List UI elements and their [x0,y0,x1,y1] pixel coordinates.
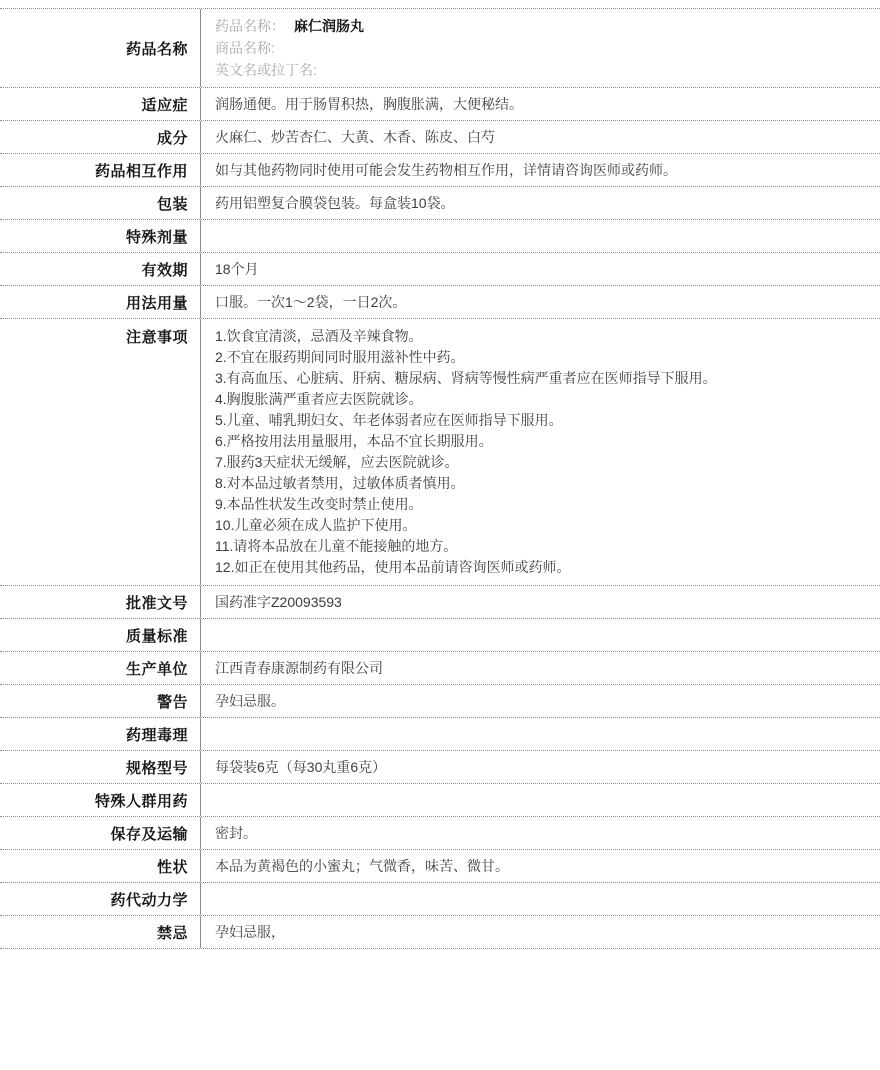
table-row-special-dosage: 特殊剂量 [0,220,880,253]
table-row-special-populations: 特殊人群用药 [0,784,880,817]
row-label-contraindications: 禁忌 [0,916,200,948]
table-row-pharmacology-toxicology: 药理毒理 [0,718,880,751]
row-value-special-populations [200,784,880,816]
table-row-packaging: 包装药用铝塑复合膜袋包装。每盒装10袋。 [0,187,880,220]
row-value-packaging: 药用铝塑复合膜袋包装。每盒装10袋。 [200,187,880,219]
table-row-precautions: 注意事项1.饮食宜清淡，忌酒及辛辣食物。2.不宜在服药期间同时服用滋补性中药。3… [0,319,880,586]
name-line-0: 药品名称：麻仁润肠丸 [215,15,870,37]
table-row-quality-standard: 质量标准 [0,619,880,652]
table-row-contraindications: 禁忌孕妇忌服， [0,916,880,949]
field-prefix: 英文名或拉丁名: [215,62,317,78]
table-row-approval-number: 批准文号国药准字Z20093593 [0,586,880,619]
name-line-2: 英文名或拉丁名: [215,59,870,81]
table-row-specification: 规格型号每袋装6克（每30丸重6克） [0,751,880,784]
row-label-approval-number: 批准文号 [0,586,200,618]
row-label-pharmacology-toxicology: 药理毒理 [0,718,200,750]
row-label-quality-standard: 质量标准 [0,619,200,651]
row-value-drug-interactions: 如与其他药物同时使用可能会发生药物相互作用，详情请咨询医师或药师。 [200,154,880,186]
row-label-packaging: 包装 [0,187,200,219]
row-label-storage-transport: 保存及运输 [0,817,200,849]
precaution-item-2: 2.不宜在服药期间同时服用滋补性中药。 [215,347,870,368]
row-value-approval-number: 国药准字Z20093593 [200,586,880,618]
value-text: 密封。 [215,824,870,842]
row-label-pharmacokinetics: 药代动力学 [0,883,200,915]
value-text: 孕妇忌服， [215,923,870,941]
row-label-shelf-life: 有效期 [0,253,200,285]
value-text: 江西青春康源制药有限公司 [215,659,870,677]
field-prefix: 药品名称： [215,18,285,34]
row-label-drug-name: 药品名称 [0,9,200,87]
row-label-special-dosage: 特殊剂量 [0,220,200,252]
table-row-drug-interactions: 药品相互作用如与其他药物同时使用可能会发生药物相互作用，详情请咨询医师或药师。 [0,154,880,187]
row-value-quality-standard [200,619,880,651]
row-label-indications: 适应症 [0,88,200,120]
precaution-item-1: 1.饮食宜清淡，忌酒及辛辣食物。 [215,326,870,347]
value-text: 国药准字Z20093593 [215,593,870,611]
precaution-item-12: 12.如正在使用其他药品，使用本品前请咨询医师或药师。 [215,557,870,578]
precaution-item-8: 8.对本品过敏者禁用，过敏体质者慎用。 [215,473,870,494]
table-row-description: 性状本品为黄褐色的小蜜丸；气微香，味苦、微甘。 [0,850,880,883]
precaution-item-10: 10.儿童必须在成人监护下使用。 [215,515,870,536]
table-row-dosage-usage: 用法用量口服。一次1～2袋，一日2次。 [0,286,880,319]
name-line-1: 商品名称: [215,37,870,59]
row-label-description: 性状 [0,850,200,882]
table-row-warning: 警告孕妇忌服。 [0,685,880,718]
table-row-shelf-life: 有效期18个月 [0,253,880,286]
field-prefix: 商品名称: [215,40,275,56]
table-row-indications: 适应症润肠通便。用于肠胃积热，胸腹胀满，大便秘结。 [0,88,880,121]
value-text: 火麻仁、炒苦杏仁、大黄、木香、陈皮、白芍 [215,128,870,146]
row-value-description: 本品为黄褐色的小蜜丸；气微香，味苦、微甘。 [200,850,880,882]
table-row-manufacturer: 生产单位江西青春康源制药有限公司 [0,652,880,685]
row-value-special-dosage [200,220,880,252]
row-label-special-populations: 特殊人群用药 [0,784,200,816]
precaution-item-7: 7.服药3天症状无缓解，应去医院就诊。 [215,452,870,473]
table-row-drug-name: 药品名称药品名称：麻仁润肠丸商品名称:英文名或拉丁名: [0,9,880,88]
row-label-specification: 规格型号 [0,751,200,783]
row-label-ingredients: 成分 [0,121,200,153]
row-value-warning: 孕妇忌服。 [200,685,880,717]
value-text: 药用铝塑复合膜袋包装。每盒装10袋。 [215,194,870,212]
row-value-indications: 润肠通便。用于肠胃积热，胸腹胀满，大便秘结。 [200,88,880,120]
precaution-item-3: 3.有高血压、心脏病、肝病、糖尿病、肾病等慢性病严重者应在医师指导下服用。 [215,368,870,389]
row-label-precautions: 注意事项 [0,319,200,585]
row-value-precautions: 1.饮食宜清淡，忌酒及辛辣食物。2.不宜在服药期间同时服用滋补性中药。3.有高血… [200,319,880,585]
table-row-storage-transport: 保存及运输密封。 [0,817,880,850]
row-label-warning: 警告 [0,685,200,717]
row-value-ingredients: 火麻仁、炒苦杏仁、大黄、木香、陈皮、白芍 [200,121,880,153]
row-value-contraindications: 孕妇忌服， [200,916,880,948]
row-label-manufacturer: 生产单位 [0,652,200,684]
row-label-dosage-usage: 用法用量 [0,286,200,318]
row-value-specification: 每袋装6克（每30丸重6克） [200,751,880,783]
value-text: 口服。一次1～2袋，一日2次。 [215,293,870,311]
table-row-pharmacokinetics: 药代动力学 [0,883,880,916]
value-text: 每袋装6克（每30丸重6克） [215,758,870,776]
row-value-manufacturer: 江西青春康源制药有限公司 [200,652,880,684]
drug-info-table: 药品名称药品名称：麻仁润肠丸商品名称:英文名或拉丁名:适应症润肠通便。用于肠胃积… [0,8,880,949]
table-row-ingredients: 成分火麻仁、炒苦杏仁、大黄、木香、陈皮、白芍 [0,121,880,154]
value-text: 孕妇忌服。 [215,692,870,710]
row-label-drug-interactions: 药品相互作用 [0,154,200,186]
row-value-pharmacokinetics [200,883,880,915]
value-text: 如与其他药物同时使用可能会发生药物相互作用，详情请咨询医师或药师。 [215,161,870,179]
precaution-item-5: 5.儿童、哺乳期妇女、年老体弱者应在医师指导下服用。 [215,410,870,431]
precaution-item-9: 9.本品性状发生改变时禁止使用。 [215,494,870,515]
precaution-item-4: 4.胸腹胀满严重者应去医院就诊。 [215,389,870,410]
row-value-dosage-usage: 口服。一次1～2袋，一日2次。 [200,286,880,318]
row-value-drug-name: 药品名称：麻仁润肠丸商品名称:英文名或拉丁名: [200,9,880,87]
value-text: 润肠通便。用于肠胃积热，胸腹胀满，大便秘结。 [215,95,870,113]
precaution-item-6: 6.严格按用法用量服用，本品不宜长期服用。 [215,431,870,452]
field-value: 麻仁润肠丸 [294,18,364,34]
value-text: 本品为黄褐色的小蜜丸；气微香，味苦、微甘。 [215,857,870,875]
value-text: 18个月 [215,260,870,278]
precaution-item-11: 11.请将本品放在儿童不能接触的地方。 [215,536,870,557]
row-value-storage-transport: 密封。 [200,817,880,849]
row-value-shelf-life: 18个月 [200,253,880,285]
row-value-pharmacology-toxicology [200,718,880,750]
